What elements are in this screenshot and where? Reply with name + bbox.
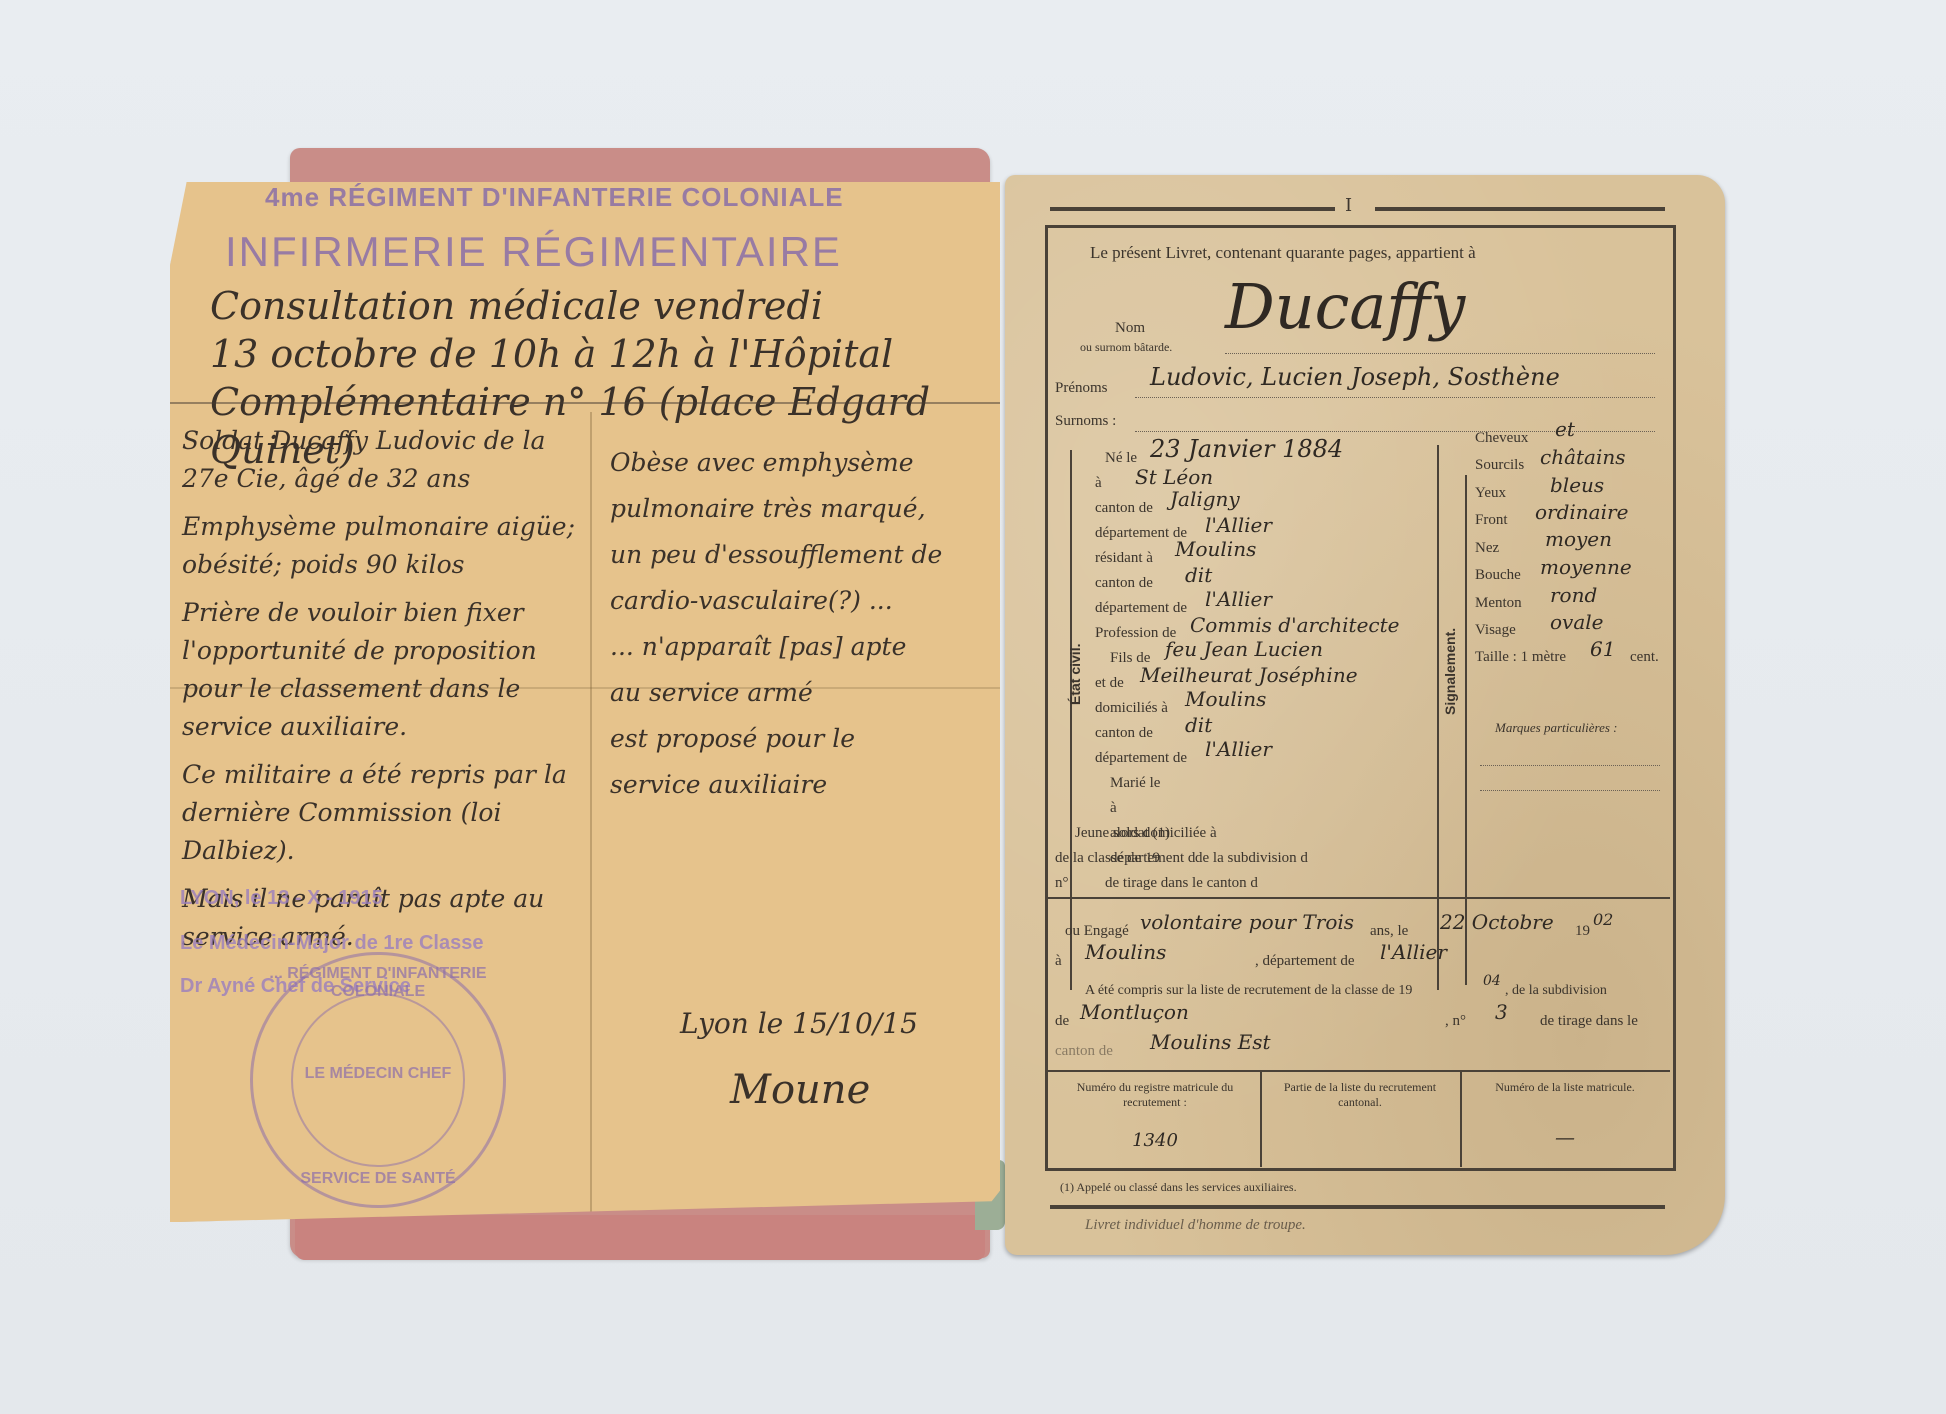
fold-line-vertical: [590, 412, 592, 1222]
section-rule: [1045, 1168, 1670, 1170]
table-header: Numéro du registre matricule du recrutem…: [1065, 1080, 1245, 1110]
recrutement-de-value: Montluçon: [1080, 1000, 1189, 1024]
line: pulmonaire très marqué,: [610, 486, 980, 532]
et-de-label: et de: [1095, 675, 1124, 692]
pink-booklet-edge: [295, 1215, 985, 1260]
top-rule-left: [1050, 207, 1335, 211]
medecin-stamp: Le Médecin-Major de 1re Classe: [180, 932, 483, 955]
signalement-title: Signalement.: [1442, 628, 1458, 715]
departement3-label: département de: [1095, 750, 1187, 767]
nom-label: Nom: [1115, 320, 1145, 337]
signalement-label: Menton: [1475, 595, 1522, 612]
recrutement-no-value: 3: [1495, 1000, 1508, 1024]
departement3-value: l'Allier: [1205, 737, 1272, 761]
signalement-label: Bouche: [1475, 567, 1521, 584]
place-date-stamp: LYON, le 13 - X - 1915: [180, 887, 383, 910]
jeune-soldat-label: Jeune soldat (1): [1075, 825, 1170, 842]
engage-value: volontaire pour Trois: [1140, 910, 1354, 934]
medical-consultation-note: 4me RÉGIMENT D'INFANTERIE COLONIALE INFI…: [170, 182, 1000, 1222]
marie-label: Marié le: [1110, 775, 1160, 792]
seal-bottom-text: SERVICE DE SANTÉ: [253, 1170, 503, 1188]
departement-value: l'Allier: [1205, 513, 1272, 537]
surnoms-rule: [1135, 431, 1655, 432]
paragraph: Soldat Ducaffy Ludovic de la 27e Cie, âg…: [182, 422, 582, 498]
engage-year-prefix: 19: [1575, 923, 1590, 940]
signalement-value: ordinaire: [1535, 500, 1628, 524]
signalement-label: Cheveux: [1475, 430, 1528, 447]
livret-page: I Le présent Livret, contenant quarante …: [1005, 175, 1725, 1255]
line: ... n'apparaît [pas] apte: [610, 624, 980, 670]
page-number: I: [1345, 195, 1352, 216]
departement-label: département de: [1095, 525, 1187, 542]
line: service auxiliaire: [610, 762, 980, 808]
column-separator: [1437, 445, 1439, 990]
signalement-label: Sourcils: [1475, 457, 1524, 474]
departement2-value: l'Allier: [1205, 587, 1272, 611]
header-line: Consultation médicale vendredi: [210, 282, 990, 330]
recrutement-canton-label: canton de: [1055, 1043, 1113, 1060]
table-col-divider: [1260, 1072, 1262, 1167]
engage-date: 22 Octobre: [1440, 910, 1554, 934]
departement2-label: département de: [1095, 600, 1187, 617]
paragraph: Emphysème pulmonaire aigüe; obésité; poi…: [182, 508, 582, 584]
ne-le-label: Né le: [1105, 450, 1137, 467]
signalement-value: châtains: [1540, 445, 1626, 469]
circular-seal-stamp: ... RÉGIMENT D'INFANTERIE COLONIALE LE M…: [250, 952, 506, 1208]
canton3-value: dit: [1185, 713, 1212, 737]
engage-ans: ans, le: [1370, 923, 1408, 940]
paragraph: Ce militaire a été repris par la dernièr…: [182, 756, 582, 870]
line: un peu d'essoufflement de: [610, 532, 980, 578]
engage-dept-label: , département de: [1255, 953, 1355, 970]
surnoms-label: Surnoms :: [1055, 413, 1116, 430]
domicilies-label: domiciliés à: [1095, 700, 1168, 717]
top-rule-right: [1375, 207, 1665, 211]
numero-label: n°: [1055, 875, 1069, 892]
engage-year: 02: [1593, 910, 1613, 929]
prenoms-label: Prénoms: [1055, 380, 1108, 397]
table-cell: —: [1470, 1125, 1660, 1149]
line: Obèse avec emphysème: [610, 440, 980, 486]
prenoms-rule: [1135, 397, 1655, 398]
signalement-value: rond: [1550, 583, 1597, 607]
prenoms-value: Ludovic, Lucien Joseph, Sosthène: [1150, 363, 1560, 391]
signalement-label: Nez: [1475, 540, 1499, 557]
section-rule: [1045, 897, 1670, 899]
intro-text: Le présent Livret, contenant quarante pa…: [1090, 243, 1650, 263]
recrutement-classe: 04: [1483, 973, 1501, 989]
signalement-label: Visage: [1475, 622, 1516, 639]
taille-label: Taille : 1 mètre: [1475, 649, 1566, 666]
engage-label: ou Engagé: [1065, 923, 1129, 940]
bottom-rule: [1050, 1205, 1665, 1209]
taille-value: 61: [1590, 637, 1615, 661]
etat-civil-bracket: [1070, 450, 1072, 990]
signalement-value: moyen: [1545, 527, 1612, 551]
etat-civil-title: État civil.: [1067, 644, 1083, 705]
canton3-label: canton de: [1095, 725, 1153, 742]
signalement-label: Yeux: [1475, 485, 1506, 502]
tirage-canton-label: de tirage dans le canton d: [1105, 875, 1258, 892]
table-header: Partie de la liste du recrutement canton…: [1270, 1080, 1450, 1110]
taille-unit: cent.: [1630, 649, 1659, 666]
footnote: (1) Appelé ou classé dans les services a…: [1060, 1180, 1297, 1195]
marques-rule: [1480, 765, 1660, 766]
marques-label: Marques particulières :: [1495, 720, 1618, 736]
signalement-bracket: [1465, 475, 1467, 985]
signature: Moune: [730, 1067, 870, 1113]
signalement-value: et: [1555, 417, 1575, 441]
a-value: St Léon: [1135, 465, 1213, 489]
nom-sublabel: ou surnom bâtarde.: [1080, 340, 1172, 355]
classe-label: de la classe de 19: [1055, 850, 1160, 867]
recrutement-line: A été compris sur la liste de recrutemen…: [1085, 983, 1412, 999]
a-label: à: [1095, 475, 1102, 492]
signalement-value: bleus: [1550, 473, 1604, 497]
residant-value: Moulins: [1175, 537, 1256, 561]
canton-label: canton de: [1095, 500, 1153, 517]
fils-de-value: feu Jean Lucien: [1165, 637, 1323, 661]
subdivision-label: de la subdivision d: [1195, 850, 1308, 867]
marie-a-label: à: [1110, 800, 1117, 817]
recrutement-tirage-label: de tirage dans le: [1540, 1013, 1638, 1030]
ne-le-value: 23 Janvier 1884: [1150, 435, 1343, 463]
domicilies-value: Moulins: [1185, 687, 1266, 711]
header-line: 13 octobre de 10h à 12h à l'Hôpital: [210, 330, 990, 378]
signalement-value: moyenne: [1540, 555, 1632, 579]
seal-outer-text: ... RÉGIMENT D'INFANTERIE COLONIALE: [253, 965, 503, 1001]
section-rule: [1045, 1070, 1670, 1072]
signalement-label: Front: [1475, 512, 1508, 529]
recrutement-subdivision-label: , de la subdivision: [1505, 983, 1607, 999]
nom-rule: [1225, 353, 1655, 354]
signature-date: Lyon le 15/10/15: [680, 1007, 918, 1040]
paragraph: Prière de vouloir bien fixer l'opportuni…: [182, 594, 582, 746]
nom-value: Ducaffy: [1225, 270, 1465, 343]
footer-text: Livret individuel d'homme de troupe.: [1085, 1217, 1306, 1234]
recrutement-no-label: , n°: [1445, 1013, 1466, 1030]
canton2-value: dit: [1185, 563, 1212, 587]
table-cell: 1340: [1065, 1130, 1245, 1151]
engage-a-value: Moulins: [1085, 940, 1166, 964]
signalement-value: ovale: [1550, 610, 1604, 634]
diagnosis-column: Obèse avec emphysème pulmonaire très mar…: [610, 440, 980, 808]
regiment-stamp: 4me RÉGIMENT D'INFANTERIE COLONIALE: [265, 182, 844, 213]
infirmerie-stamp: INFIRMERIE RÉGIMENTAIRE: [225, 228, 842, 276]
engage-a-label: à: [1055, 953, 1062, 970]
profession-value: Commis d'architecte: [1190, 613, 1400, 637]
request-column: Soldat Ducaffy Ludovic de la 27e Cie, âg…: [182, 422, 582, 966]
engage-dept-value: l'Allier: [1380, 940, 1447, 964]
table-header: Numéro de la liste matricule.: [1470, 1080, 1660, 1095]
et-de-value: Meilheurat Joséphine: [1140, 663, 1358, 687]
marques-rule: [1480, 790, 1660, 791]
residant-label: résidant à: [1095, 550, 1153, 567]
recrutement-de-label: de: [1055, 1013, 1069, 1030]
line: au service armé: [610, 670, 980, 716]
header-divider: [170, 402, 1000, 404]
canton-value: Jaligny: [1170, 487, 1240, 511]
seal-inner-text: LE MÉDECIN CHEF: [253, 1065, 503, 1083]
recrutement-canton-value: Moulins Est: [1150, 1030, 1271, 1054]
canton2-label: canton de: [1095, 575, 1153, 592]
table-col-divider: [1460, 1072, 1462, 1167]
line: est proposé pour le: [610, 716, 980, 762]
line: cardio-vasculaire(?) ...: [610, 578, 980, 624]
